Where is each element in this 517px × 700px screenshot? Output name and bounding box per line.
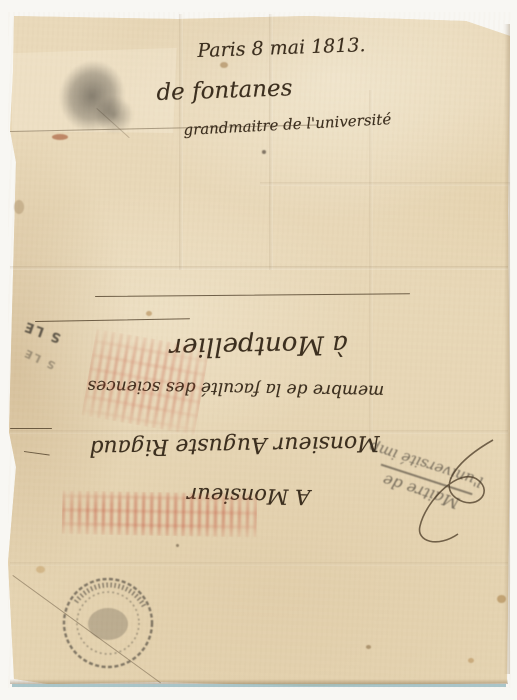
fox-spot xyxy=(146,311,152,316)
fox-spot xyxy=(366,645,371,649)
fold-crease-horizontal-4 xyxy=(10,562,508,566)
sender-line: de fontanes xyxy=(156,75,293,106)
wax-residue-spot xyxy=(52,134,68,140)
fold-crease-horizontal-1 xyxy=(260,182,510,186)
scanned-letter: Paris 8 mai 1813. de fontanes grandmaitr… xyxy=(0,0,517,700)
fold-crease-vertical-1 xyxy=(179,14,183,270)
right-edge-shadow xyxy=(504,24,510,674)
fold-crease-horizontal-2 xyxy=(10,266,508,270)
ink-speck xyxy=(262,150,266,154)
fox-spot xyxy=(36,566,45,573)
ink-paraph xyxy=(398,430,508,560)
red-franchise-stamp xyxy=(62,490,258,537)
ink-speck xyxy=(176,544,179,547)
fox-spot xyxy=(468,658,474,663)
circular-postmark xyxy=(58,574,162,674)
edge-stain xyxy=(14,200,24,214)
ink-smudge-stamp-secondary xyxy=(88,90,140,140)
fox-spot xyxy=(220,62,228,68)
bottom-paper-edge xyxy=(12,684,506,687)
